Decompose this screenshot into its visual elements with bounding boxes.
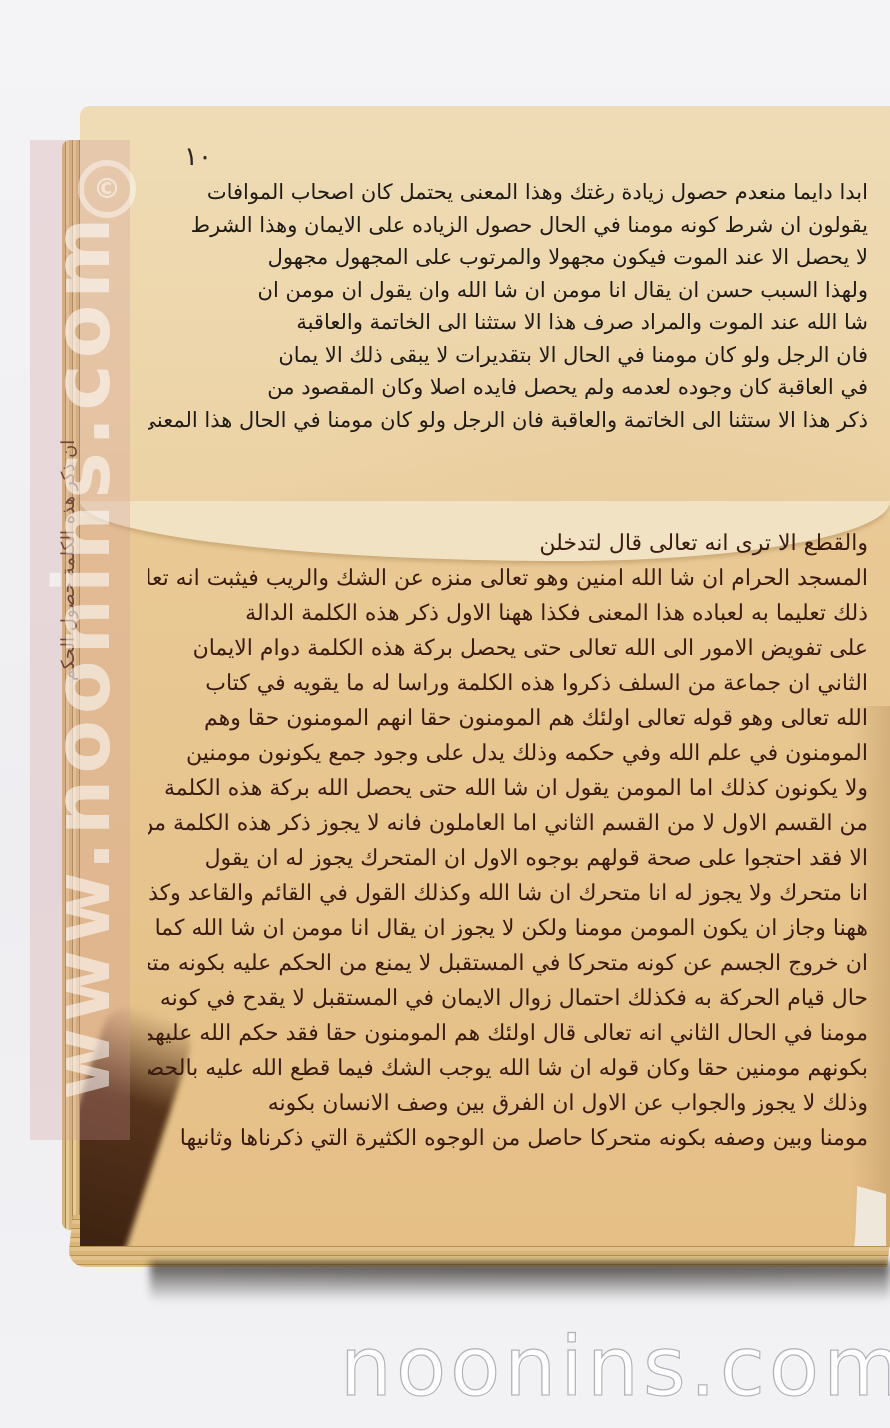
- text-line: ولهذا السبب حسن ان يقال انا مومن ان شا ا…: [148, 274, 868, 307]
- text-line-rubricated: الثاني ان جماعة من السلف ذكروا هذه الكلم…: [148, 666, 868, 701]
- text-line: مومنا وبين وصفه بكونه متحركا حاصل من الو…: [148, 1121, 868, 1156]
- text-line: حال قيام الحركة به فكذلك احتمال زوال الا…: [148, 981, 868, 1016]
- folio-number: ١٠: [184, 142, 212, 172]
- text-line-rubricated: وذلك لا يجوز والجواب عن الاول ان الفرق ب…: [148, 1086, 868, 1121]
- text-line: فان الرجل ولو كان مومنا في الحال الا بتق…: [148, 339, 868, 372]
- text-line: المسجد الحرام ان شا الله امنين وهو تعالى…: [148, 561, 868, 596]
- text-line: من القسم الاول لا من القسم الثاني اما ال…: [148, 806, 868, 841]
- manuscript-page: ١٠ ابدا دايما منعدم حصول زيادة رغتك وهذا…: [80, 106, 890, 1246]
- text-line: يقولون ان شرط كونه مومنا في الحال حصول ا…: [148, 209, 868, 242]
- text-line: ذلك تعليما به لعباده هذا المعنى فكذا ههن…: [148, 596, 868, 631]
- text-line: المومنون في علم الله وفي حكمه وذلك يدل ع…: [148, 736, 868, 771]
- text-line: ولا يكونون كذلك اما المومن يقول ان شا ال…: [148, 771, 868, 806]
- text-line: ذكر هذا الا ستثنا الى الخاتمة والعاقبة ف…: [148, 404, 868, 437]
- bottom-watermark: noonins.com: [340, 1320, 890, 1415]
- lower-text-block: والقطع الا ترى انه تعالى قال لتدخلن المس…: [148, 526, 868, 1156]
- text-line: في العاقبة كان وجوده لعدمه ولم يحصل فايد…: [148, 371, 868, 404]
- text-line: انا متحرك ولا يجوز له انا متحرك ان شا ال…: [148, 876, 868, 911]
- text-line: ان خروج الجسم عن كونه متحركا في المستقبل…: [148, 946, 868, 981]
- text-line: والقطع الا ترى انه تعالى قال لتدخلن: [148, 526, 868, 561]
- text-line-rubricated: مومنا في الحال الثاني انه تعالى قال اولئ…: [148, 1016, 868, 1051]
- text-line: ابدا دايما منعدم حصول زيادة رغتك وهذا ال…: [148, 176, 868, 209]
- text-line: لا يحصل الا عند الموت فيكون مجهولا والمر…: [148, 241, 868, 274]
- text-line: بكونهم مومنين حقا وكان قوله ان شا الله ي…: [148, 1051, 868, 1086]
- text-line: الله تعالى وهو قوله تعالى اولئك هم الموم…: [148, 701, 868, 736]
- text-line-rubricated: الا فقد احتجوا على صحة قولهم بوجوه الاول…: [148, 841, 868, 876]
- text-line: شا الله عند الموت والمراد صرف هذا الا ست…: [148, 306, 868, 339]
- bottom-shadow: [150, 1262, 890, 1302]
- upper-text-block: ابدا دايما منعدم حصول زيادة رغتك وهذا ال…: [148, 176, 868, 436]
- text-line: على تفويض الامور الى الله تعالى حتى يحصل…: [148, 631, 868, 666]
- vertical-watermark: www.noonins.com: [38, 180, 128, 1100]
- text: الثاني ان جماعة من السلف ذكروا هذه الكلم…: [205, 671, 868, 696]
- text-line: ههنا وجاز ان يكون المومن مومنا ولكن لا ي…: [148, 911, 868, 946]
